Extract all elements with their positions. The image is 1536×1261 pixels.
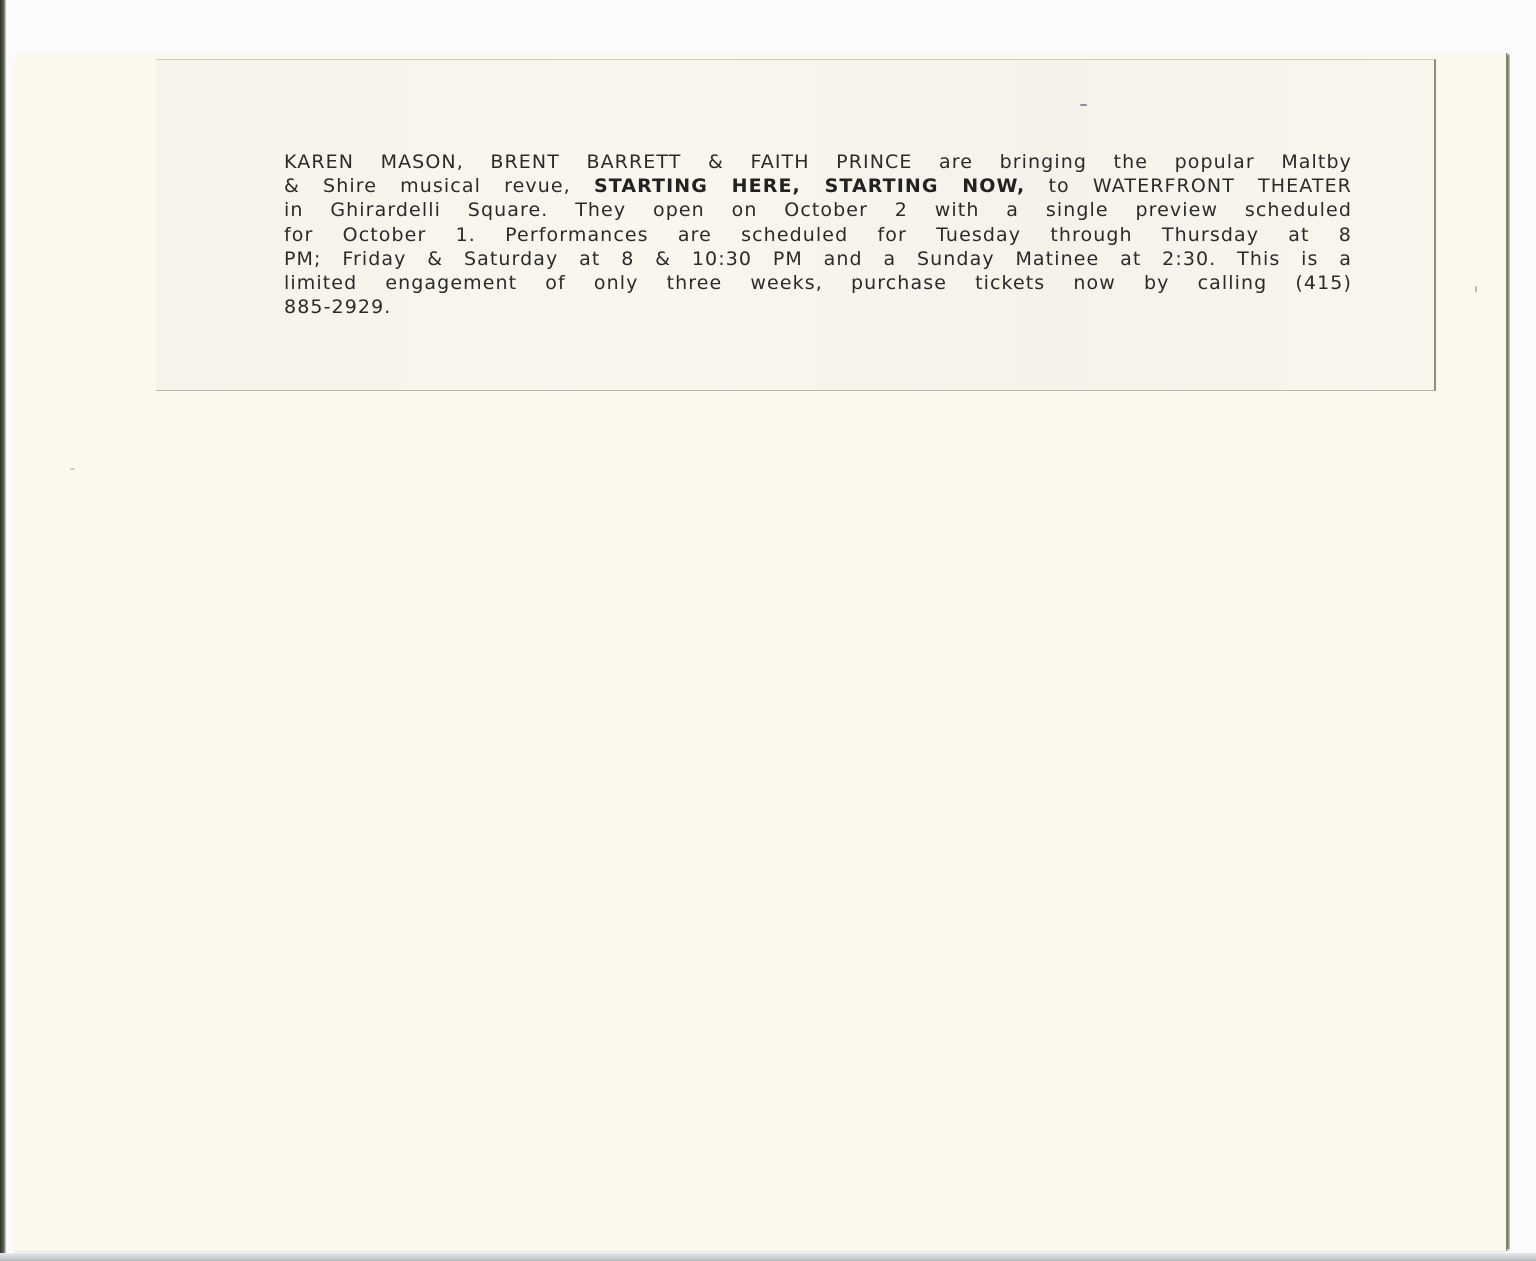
- text-line: KAREN MASON, BRENT BARRETT & FAITH PRINC…: [284, 150, 1352, 174]
- dust-speck: [70, 468, 75, 470]
- text-line: 885-2929.: [284, 295, 1352, 319]
- scanner-edge-bottom: [0, 1253, 1536, 1261]
- text-line: PM; Friday & Saturday at 8 & 10:30 PM an…: [284, 247, 1352, 271]
- dust-speck: [1475, 286, 1477, 292]
- text-line: limited engagement of only three weeks, …: [284, 271, 1352, 295]
- scanner-edge: [0, 0, 6, 1261]
- text-segment: limited engagement of only three weeks, …: [284, 272, 1352, 294]
- text-line: & Shire musical revue, STARTING HERE, ST…: [284, 174, 1352, 198]
- show-title: STARTING HERE, STARTING NOW,: [594, 175, 1025, 197]
- text-segment: to WATERFRONT THEATER: [1025, 175, 1352, 197]
- press-release-text: KAREN MASON, BRENT BARRETT & FAITH PRINC…: [284, 150, 1352, 319]
- text-segment: in Ghirardelli Square. They open on Octo…: [284, 199, 1352, 221]
- text-line: in Ghirardelli Square. They open on Octo…: [284, 198, 1352, 222]
- text-segment: PM; Friday & Saturday at 8 & 10:30 PM an…: [284, 248, 1352, 270]
- text-line: for October 1. Performances are schedule…: [284, 223, 1352, 247]
- dust-speck: [1080, 104, 1087, 106]
- text-segment: for October 1. Performances are schedule…: [284, 224, 1352, 246]
- text-segment: 885-2929.: [284, 296, 391, 318]
- text-segment: KAREN MASON, BRENT BARRETT & FAITH PRINC…: [284, 151, 1352, 173]
- text-segment: & Shire musical revue,: [284, 175, 594, 197]
